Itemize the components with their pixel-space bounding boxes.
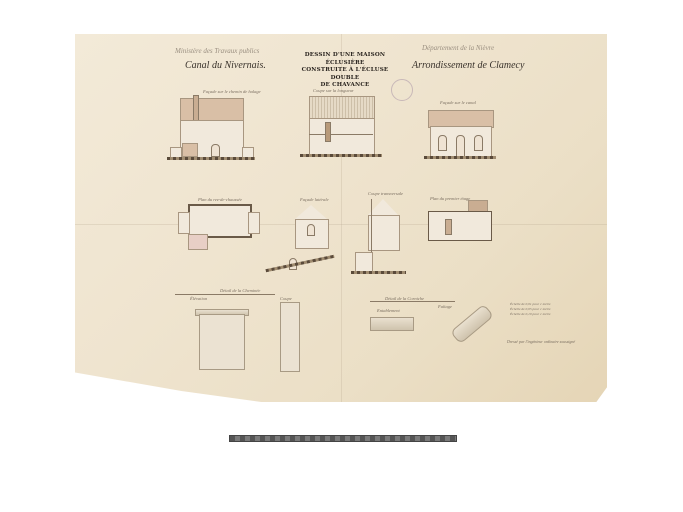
caption: Façade latérale (300, 197, 329, 202)
signature: Dressé par l'ingénieur ordinaire soussig… (507, 339, 575, 344)
annex-roof (182, 143, 198, 157)
caption: Coupe (280, 296, 292, 301)
caption: Entablement (377, 308, 400, 313)
door (456, 135, 465, 157)
scale-line: Échelle de 0,05 pour 1 mètre (510, 307, 551, 311)
underline (370, 301, 455, 302)
scale-line: Échelle de 0,10 pour 1 mètre (510, 312, 551, 316)
measurement-scale-bar (229, 435, 457, 442)
caption: Faîtage (438, 304, 452, 309)
ground-line (167, 157, 255, 160)
arrondissement-label: Arrondissement de Clamecy (412, 60, 524, 71)
cornice-profile (370, 317, 414, 331)
caption: Plan du rez-de-chaussée (198, 197, 242, 202)
window (307, 224, 315, 236)
chimney (193, 95, 199, 121)
door (211, 144, 220, 157)
fireplace (445, 219, 452, 235)
sloped-ground (265, 255, 334, 272)
caption: Élévation (190, 296, 207, 301)
canal-label: Canal du Nivernais. (185, 60, 266, 71)
section-ground (351, 271, 406, 274)
department-label: Département de la Nièvre (422, 44, 494, 52)
section-walls (309, 118, 375, 156)
window (438, 135, 447, 151)
cellar (355, 252, 373, 272)
foundation (300, 154, 382, 157)
window (474, 135, 483, 151)
plan-side-right (248, 212, 260, 234)
chimney-side-profile (280, 302, 300, 372)
gable (295, 205, 327, 219)
ground-line (424, 156, 496, 159)
fold-line-horizontal (75, 224, 607, 225)
plan-outline (188, 204, 252, 238)
section-gable (368, 199, 398, 215)
archive-stamp (391, 79, 413, 101)
scale-line: Échelle de 0,01 pour 1 mètre (510, 302, 551, 306)
drawing-sheet: Ministère des Travaux publics Canal du N… (75, 34, 607, 402)
caption: Coupe sur la longueur (313, 88, 354, 93)
plan-outline (428, 211, 492, 241)
floor-line (309, 134, 373, 135)
caption: Plan du premier étage (430, 196, 470, 201)
caption: Façade sur le chemin de halage (203, 89, 261, 94)
plan-side-left (178, 212, 190, 234)
caption: Détail de la Cheminée (220, 288, 260, 293)
underline (175, 294, 275, 295)
roof (180, 98, 244, 122)
caption: Coupe transversale (368, 191, 403, 196)
caption: Façade sur le canal (440, 100, 476, 105)
drawing-title: DESSIN D'UNE MAISON ÉCLUSIÈRE CONSTRUITE… (290, 52, 400, 90)
title-line-2: CONSTRUITE À L'ÉCLUSE DOUBLE (290, 67, 400, 82)
ministry-label: Ministère des Travaux publics (175, 47, 259, 55)
section-body (368, 215, 400, 251)
roof-framing (309, 96, 375, 120)
title-line-1: DESSIN D'UNE MAISON ÉCLUSIÈRE (290, 52, 400, 67)
annex (188, 234, 208, 250)
fireplace-opening (199, 314, 245, 370)
ridge-tile (450, 304, 494, 345)
flue (325, 122, 331, 142)
